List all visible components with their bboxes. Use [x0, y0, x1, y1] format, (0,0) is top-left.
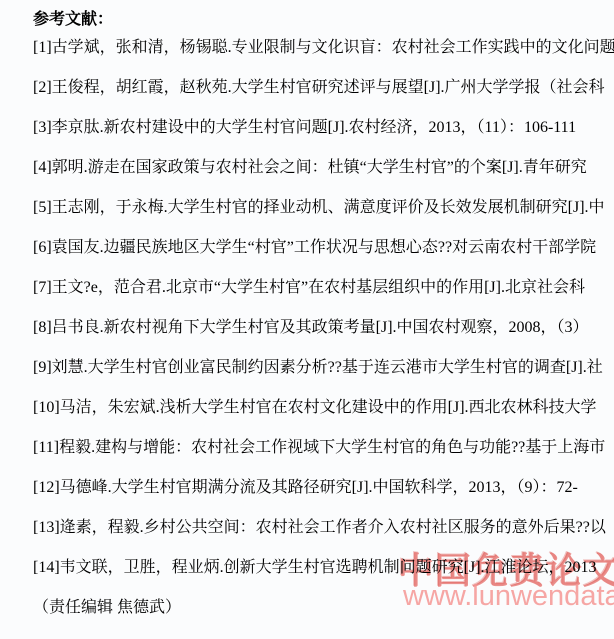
reference-item: [4]郭明.游走在国家政策与农村社会之间：杜镇“大学生村官”的个案[J].青年研…	[33, 148, 614, 188]
references-heading: 参考文献：	[33, 6, 113, 29]
reference-list: [1]古学斌，张和清，杨锡聪.专业限制与文化识盲：农村社会工作实践中的文化问题 …	[33, 28, 614, 588]
reference-item: [12]马德峰.大学生村官期满分流及其路径研究[J].中国软科学，2013，（9…	[33, 468, 614, 508]
reference-item: [2]王俊程，胡红霞，赵秋苑.大学生村官研究述评与展望[J].广州大学学报（社会…	[33, 68, 614, 108]
reference-item: [1]古学斌，张和清，杨锡聪.专业限制与文化识盲：农村社会工作实践中的文化问题	[33, 28, 614, 68]
reference-item: [9]刘慧.大学生村官创业富民制约因素分析??基于连云港市大学生村官的调查[J]…	[33, 348, 614, 388]
editor-note: （责任编辑 焦德武）	[33, 597, 181, 619]
reference-item: [3]李京肽.新农村建设中的大学生村官问题[J].农村经济，2013，（11）：…	[33, 108, 614, 148]
reference-item: [11]程毅.建构与增能：农村社会工作视域下大学生村官的角色与功能??基于上海市	[33, 428, 614, 468]
reference-item: [6]袁国友.边疆民族地区大学生“村官”工作状况与思想心态??对云南农村干部学院	[33, 228, 614, 268]
reference-item: [10]马洁，朱宏斌.浅析大学生村官在农村文化建设中的作用[J].西北农林科技大…	[33, 388, 614, 428]
reference-item: [14]韦文联，卫胜，程业炳.创新大学生村官选聘机制问题研究[J].江淮论坛，2…	[33, 548, 614, 588]
reference-item: [7]王文?e，范合君.北京市“大学生村官”在农村基层组织中的作用[J].北京社…	[33, 268, 614, 308]
reference-item: [5]王志刚，于永梅.大学生村官的择业动机、满意度评价及长效发展机制研究[J].…	[33, 188, 614, 228]
reference-page: 参考文献： [1]古学斌，张和清，杨锡聪.专业限制与文化识盲：农村社会工作实践中…	[0, 0, 614, 639]
reference-item: [13]逄素，程毅.乡村公共空间：农村社会工作者介入农村社区服务的意外后果??以	[33, 508, 614, 548]
reference-item: [8]吕书良.新农村视角下大学生村官及其政策考量[J].中国农村观察，2008，…	[33, 308, 614, 348]
